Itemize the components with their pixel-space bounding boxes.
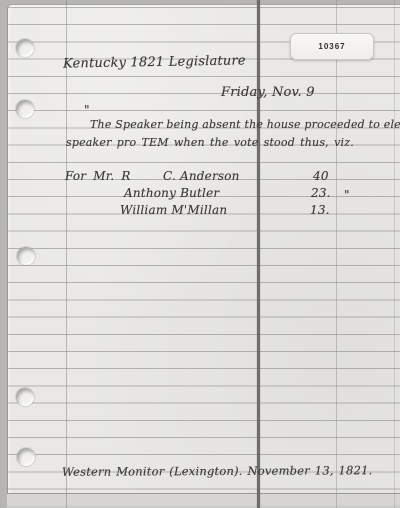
body-text-line-1: The Speaker being absent the house proce…	[90, 118, 400, 131]
vote-count: 23.	[311, 186, 331, 200]
binder-hole	[16, 100, 34, 118]
right-column-line	[336, 0, 337, 508]
opening-quote-mark: "	[84, 103, 90, 117]
catalog-sticker: 10367	[290, 33, 374, 60]
vote-intro-handwriting: For Mr. R	[65, 169, 131, 183]
vote-name: Anthony Butler	[124, 186, 219, 200]
center-divider-line	[257, 0, 260, 508]
catalog-number: 10367	[318, 42, 345, 51]
vote-name: C. Anderson	[163, 169, 240, 183]
page-title-handwriting: Kentucky 1821 Legislature	[63, 53, 246, 71]
vote-count: 13.	[310, 203, 330, 217]
binder-hole	[16, 388, 34, 406]
binder-hole	[17, 247, 35, 265]
body-text-line-2: speaker pro TEM when the vote stood thus…	[66, 136, 354, 149]
vote-count: 40	[313, 169, 329, 183]
far-right-column-line	[394, 0, 395, 508]
binder-hole	[16, 39, 34, 57]
citation-handwriting: Western Monitor (Lexington). November 13…	[62, 463, 373, 479]
scanned-document: 10367 Kentucky 1821 Legislature Friday, …	[0, 0, 400, 508]
date-handwriting: Friday, Nov. 9	[221, 85, 315, 100]
binder-hole	[17, 448, 35, 466]
vote-name: William M'Millan	[120, 203, 227, 217]
left-margin-line	[66, 0, 67, 508]
closing-quote-mark: "	[344, 188, 350, 202]
